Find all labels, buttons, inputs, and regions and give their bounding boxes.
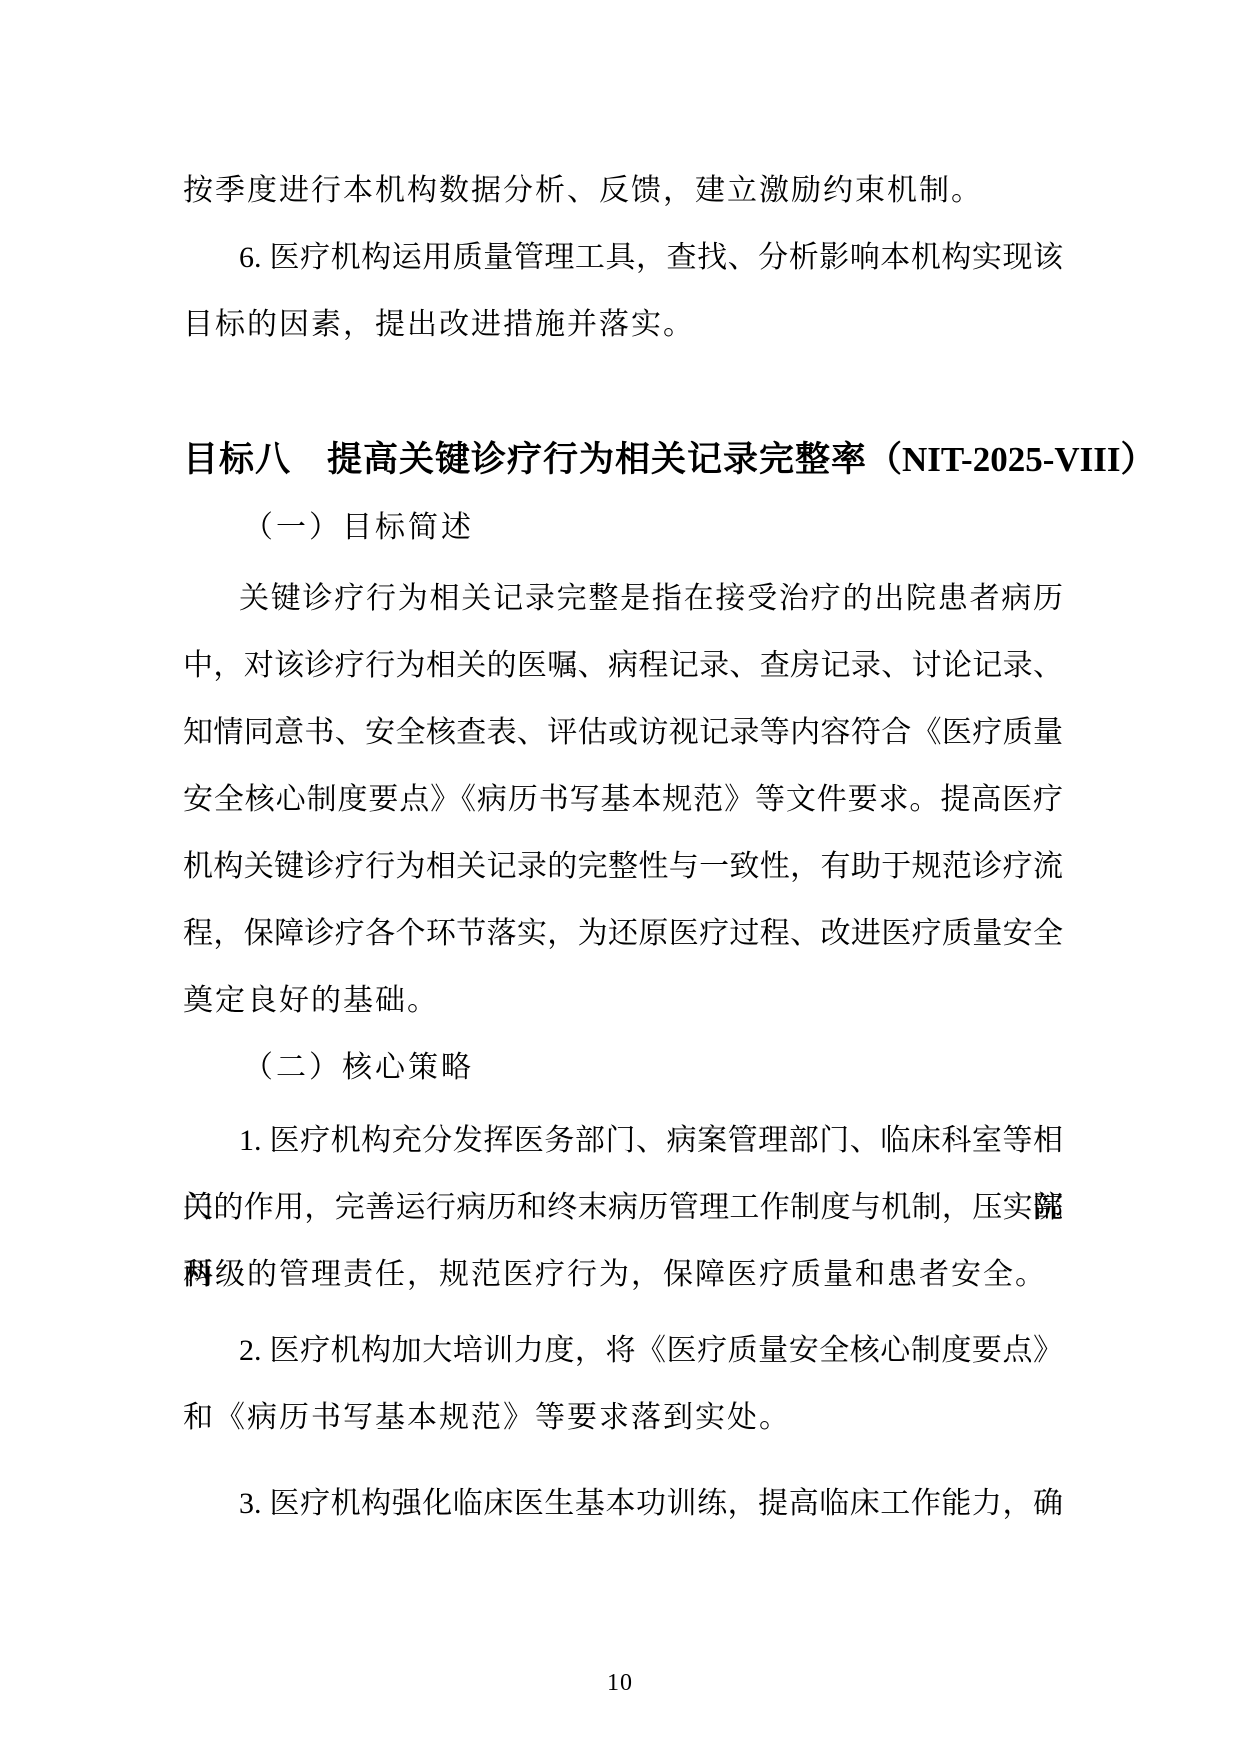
text-line: 6. 医疗机构运用质量管理工具，查找、分析影响本机构实现该 xyxy=(183,224,1063,291)
text-line: 3. 医疗机构强化临床医生基本功训练，提高临床工作能力，确 xyxy=(183,1470,1063,1537)
text-line: 按季度进行本机构数据分析、反馈，建立激励约束机制。 xyxy=(183,157,1063,224)
section-heading: 目标八 提高关键诊疗行为相关记录完整率（NIT-2025-VIII） xyxy=(183,432,1063,488)
text-line: 机构关键诊疗行为相关记录的完整性与一致性，有助于规范诊疗流 xyxy=(183,833,1063,900)
text-line: 关键诊疗行为相关记录完整是指在接受治疗的出院患者病历 xyxy=(183,565,1063,632)
text-line: 安全核心制度要点》《病历书写基本规范》等文件要求。提高医疗 xyxy=(183,766,1063,833)
text-line: 和《病历书写基本规范》等要求落到实处。 xyxy=(183,1384,1063,1451)
text-column: 按季度进行本机构数据分析、反馈，建立激励约束机制。 6. 医疗机构运用质量管理工… xyxy=(183,0,1063,1537)
text-line: 奠定良好的基础。 xyxy=(183,967,1063,1034)
text-line: 中，对该诊疗行为相关的医嘱、病程记录、查房记录、讨论记录、 xyxy=(183,632,1063,699)
text-line: 程，保障诊疗各个环节落实，为还原医疗过程、改进医疗质量安全 xyxy=(183,900,1063,967)
text-line: 两级的管理责任，规范医疗行为，保障医疗质量和患者安全。 xyxy=(183,1241,1063,1308)
subsection-label: （一）目标简述 xyxy=(183,494,1063,561)
text-line: 1. 医疗机构充分发挥医务部门、病案管理部门、临床科室等相关部 xyxy=(183,1107,1063,1174)
subsection-label: （二）核心策略 xyxy=(183,1034,1063,1101)
section-heading-code: （NIT-2025-VIII） xyxy=(867,440,1155,479)
section-heading-title: 目标八 提高关键诊疗行为相关记录完整率 xyxy=(183,440,867,480)
text-line: 门的作用，完善运行病历和终末病历管理工作制度与机制，压实院科 xyxy=(183,1174,1063,1241)
text-line: 目标的因素，提出改进措施并落实。 xyxy=(183,291,1063,358)
document-page: 按季度进行本机构数据分析、反馈，建立激励约束机制。 6. 医疗机构运用质量管理工… xyxy=(0,0,1240,1754)
text-line: 知情同意书、安全核查表、评估或访视记录等内容符合《医疗质量 xyxy=(183,699,1063,766)
page-number: 10 xyxy=(0,1668,1240,1698)
text-line: 2. 医疗机构加大培训力度，将《医疗质量安全核心制度要点》 xyxy=(183,1317,1063,1384)
